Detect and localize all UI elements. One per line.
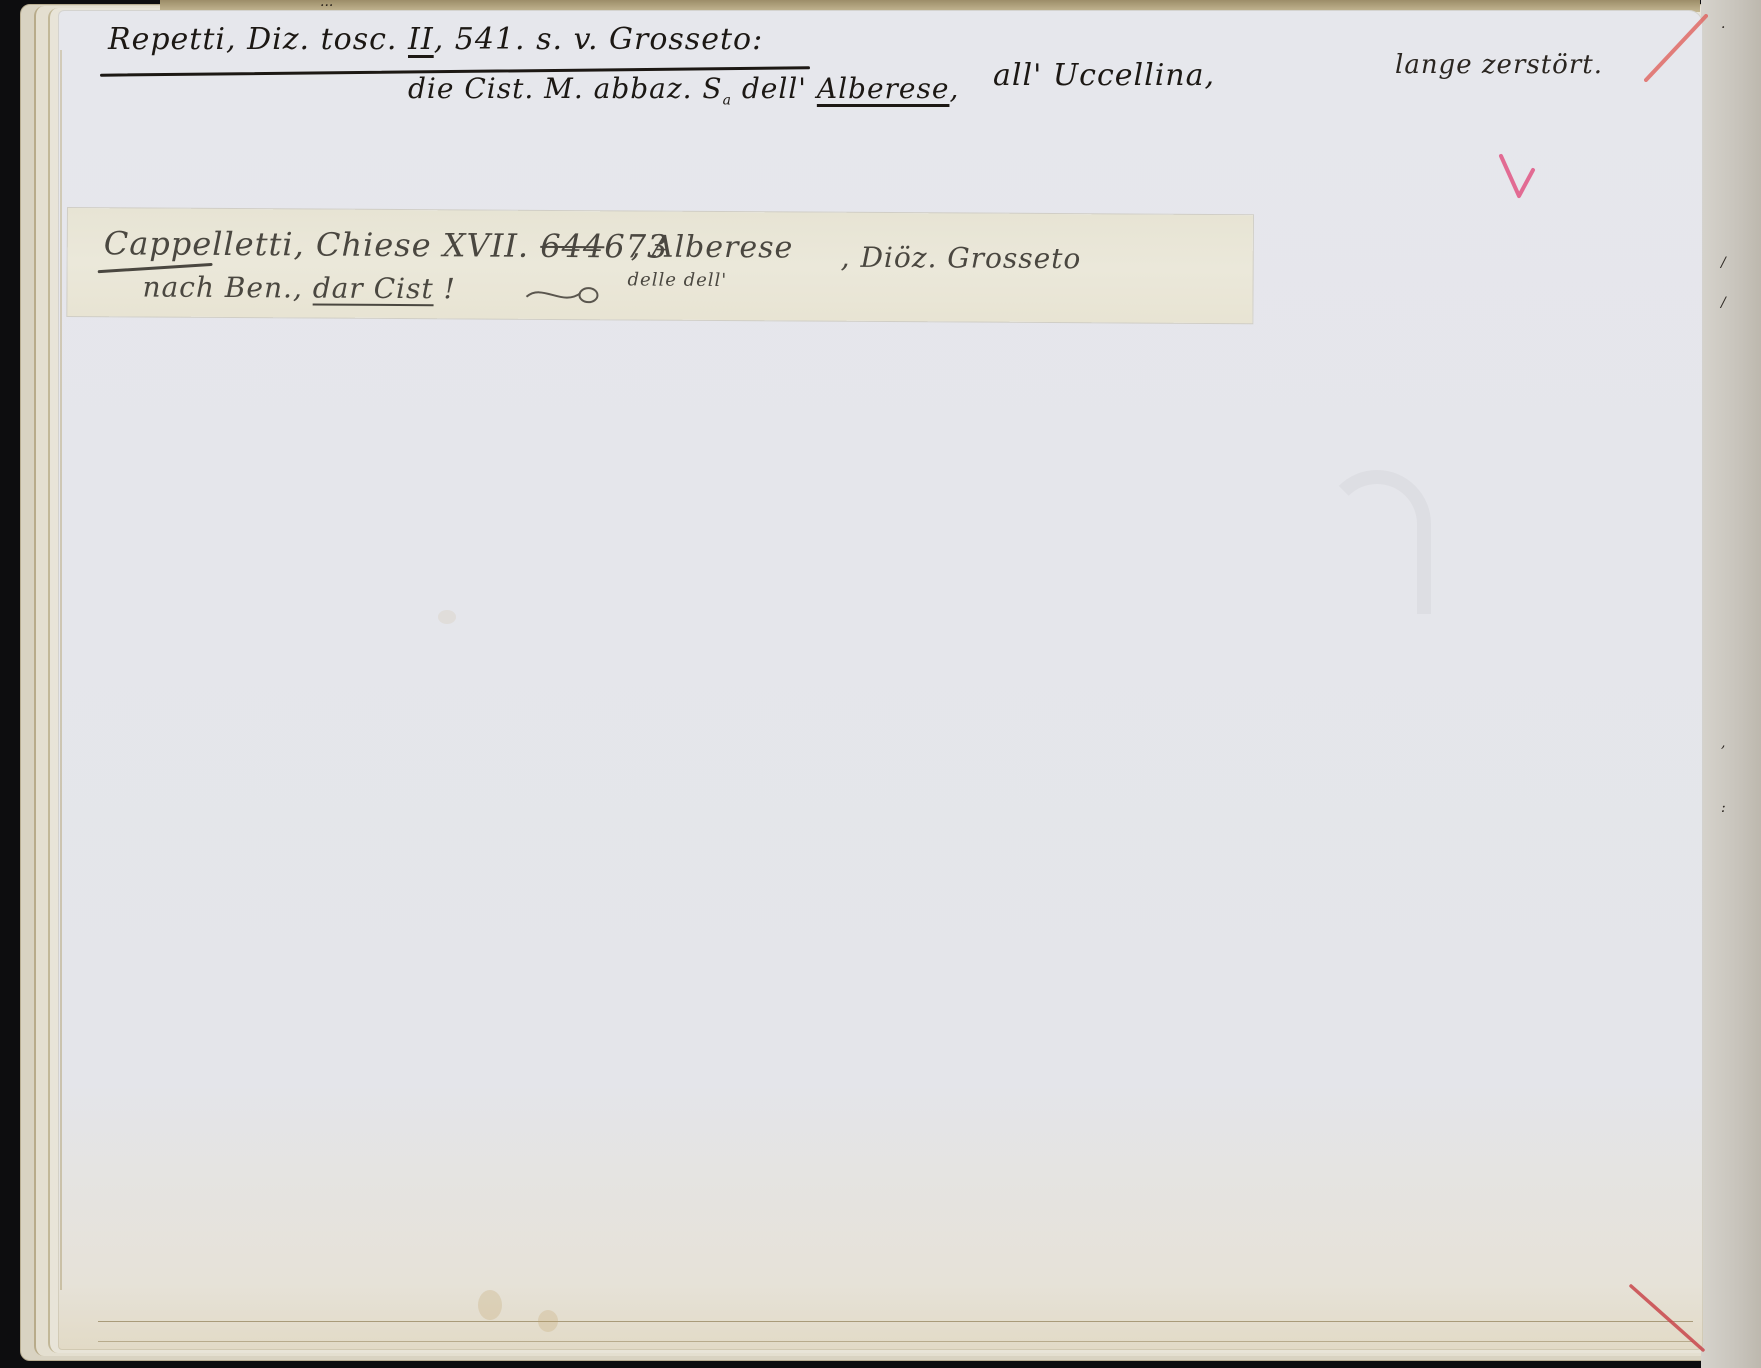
slip-line-1: Cappelletti, Chiese XVII. 644673	[104, 224, 669, 265]
note-source-page: , 541. s. v. Grosseto:	[434, 22, 763, 57]
slip-ben-text: nach Ben.,	[142, 270, 312, 304]
note-line-1: Repetti, Diz. tosc. II, 541. s. v. Gross…	[108, 22, 763, 57]
red-crayon-mark	[1640, 10, 1720, 90]
edge-ink-mark: ,	[1721, 735, 1725, 751]
slip-line-2: nach Ben., dar Cist !	[142, 270, 455, 305]
main-leaf: Repetti, Diz. tosc. II, 541. s. v. Gross…	[58, 10, 1703, 1350]
note-source-text: Repetti, Diz. tosc.	[108, 22, 408, 57]
slip-place: , Alberese	[631, 229, 794, 265]
note-volume: II	[408, 22, 434, 57]
slip-diocese: , Diöz. Grosseto	[841, 241, 1082, 275]
note-line-2: die Cist. M. abbaz. Sa dell' Alberese,	[408, 72, 959, 109]
bottom-fold-line	[98, 1341, 1693, 1342]
note-comma: ,	[949, 72, 959, 105]
note-caret-insert: a	[723, 93, 732, 109]
adjacent-page-edge: · / / , :	[1701, 0, 1761, 1368]
note-line-2-tail: lange zerstört.	[1395, 50, 1603, 80]
foxing-stain	[438, 610, 456, 624]
note-abbey-text: die Cist. M. abbaz. S	[408, 72, 723, 105]
slip-exclaim: !	[434, 272, 456, 305]
red-crayon-mark	[1625, 1280, 1715, 1360]
edge-ink-mark: /	[1721, 295, 1726, 311]
note-dell-text: dell'	[732, 72, 817, 105]
slip-struck-number: 644	[540, 227, 604, 265]
scanned-page: · / / , : ... Repetti, Diz. tosc. II, 54…	[0, 0, 1761, 1368]
pasted-slip: Cappelletti, Chiese XVII. 644673 , Alber…	[67, 208, 1253, 323]
pink-check-mark	[1495, 150, 1545, 205]
foxing-stain	[478, 1290, 502, 1320]
edge-ink-mark: :	[1721, 800, 1726, 816]
top-strip-ink: ...	[320, 0, 333, 10]
note-alberese: Alberese	[817, 72, 950, 105]
slip-place-insert: delle dell'	[628, 269, 728, 291]
slip-citation: Cappelletti, Chiese XVII.	[104, 224, 530, 265]
edge-ink-mark: ·	[1721, 20, 1725, 36]
slip-flourish-mark	[522, 279, 602, 309]
left-crease	[60, 50, 62, 1290]
bottom-fold-line	[98, 1321, 1693, 1322]
edge-ink-mark: /	[1721, 255, 1726, 271]
faint-show-through-mark	[1323, 470, 1431, 614]
note-line-2-uccellina: all' Uccellina,	[993, 58, 1215, 93]
foxing-stain	[538, 1310, 558, 1332]
slip-cist-text: dar Cist	[313, 271, 434, 305]
